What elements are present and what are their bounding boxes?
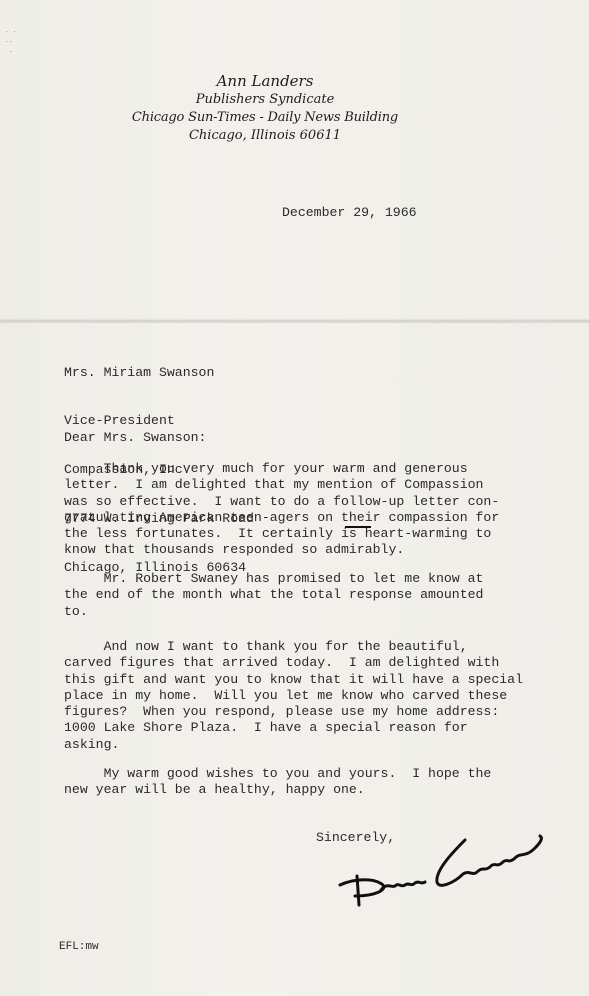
body-paragraph-1: Thank you very much for your warm and ge… xyxy=(64,461,499,559)
handwritten-underline xyxy=(345,526,371,528)
letterhead: Ann Landers Publishers Syndicate Chicago… xyxy=(100,72,430,145)
body-paragraph-4: My warm good wishes to you and yours. I … xyxy=(64,766,491,799)
recipient-title: Vice-President xyxy=(64,413,254,429)
handwritten-signature xyxy=(335,830,555,910)
margin-specks: · ·· · · xyxy=(6,28,16,58)
letterhead-city: Chicago, Illinois 60611 xyxy=(100,127,430,145)
letterhead-building: Chicago Sun-Times - Daily News Building xyxy=(100,109,430,127)
letterhead-name: Ann Landers xyxy=(100,72,430,91)
body-paragraph-3: And now I want to thank you for the beau… xyxy=(64,639,523,753)
paper-fold-line xyxy=(0,320,589,323)
letter-date: December 29, 1966 xyxy=(282,205,417,221)
letterhead-organization: Publishers Syndicate xyxy=(100,91,430,109)
reference-initials: EFL:mw xyxy=(59,939,99,955)
recipient-name: Mrs. Miriam Swanson xyxy=(64,365,254,381)
body-paragraph-2: Mr. Robert Swaney has promised to let me… xyxy=(64,571,483,620)
salutation: Dear Mrs. Swanson: xyxy=(64,430,206,446)
